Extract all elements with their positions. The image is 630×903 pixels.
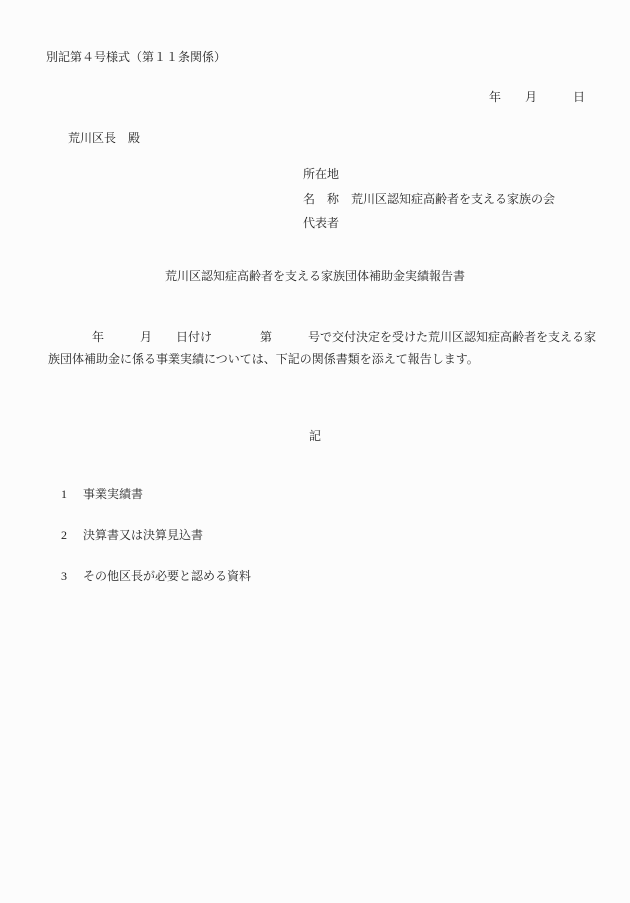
attachment-item-number: 3: [61, 569, 83, 583]
form-number: 別記第４号様式（第１１条関係）: [46, 50, 226, 64]
attachment-item-label: 事業実績書: [83, 487, 143, 501]
date-line: 年 月 日: [489, 90, 585, 104]
addressee: 荒川区長 殿: [68, 131, 140, 145]
attachment-item-number: 1: [61, 487, 83, 501]
sender-representative-label: 代表者: [303, 216, 339, 230]
document-page: 別記第４号様式（第１１条関係） 年 月 日 荒川区長 殿 所在地 名 称 荒川区…: [0, 0, 630, 903]
attachment-item-number: 2: [61, 528, 83, 542]
sender-name-line: 名 称 荒川区認知症高齢者を支える家族の会: [303, 192, 555, 206]
body-paragraph-line-1: 年 月 日付け 第 号で交付決定を受けた荒川区認知症高齢者を支える家: [48, 330, 596, 344]
attachment-item: 3その他区長が必要と認める資料: [49, 555, 251, 597]
document-title: 荒川区認知症高齢者を支える家族団体補助金実績報告書: [0, 269, 630, 283]
attachment-item-label: 決算書又は決算見込書: [83, 528, 203, 542]
section-marker: 記: [0, 429, 630, 443]
attachment-item: 1事業実績書: [49, 473, 143, 515]
body-paragraph-line-2: 族団体補助金に係る事業実績については、下記の関係書類を添えて報告します。: [48, 352, 479, 366]
sender-address-label: 所在地: [303, 167, 339, 181]
attachment-item-label: その他区長が必要と認める資料: [83, 569, 251, 583]
attachment-item: 2決算書又は決算見込書: [49, 514, 203, 556]
